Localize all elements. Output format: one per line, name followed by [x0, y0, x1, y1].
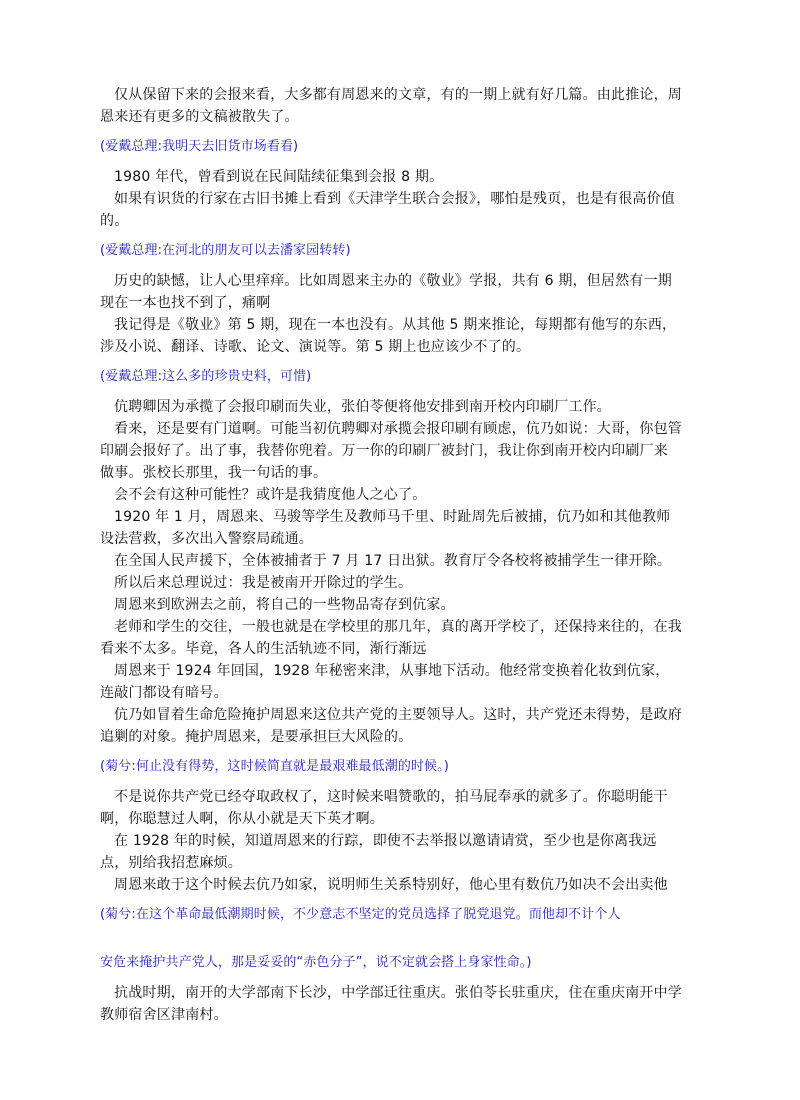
paragraph: 如果有识货的行家在古旧书摊上看到《天津学生联合会报》，哪怕是残页，也是有很高价值…	[100, 188, 682, 232]
reader-comment: (菊兮:何止没有得势，这时候简直就是最艰难最低潮的时候。)	[100, 756, 682, 778]
paragraph: 1920 年 1 月，周恩来、马骏等学生及教师马千里、时趾周先后被捕，伉乃如和其…	[100, 506, 682, 550]
paragraph: 不是说你共产党已经夺取政权了，这时候来唱赞歌的，拍马屁奉承的就多了。你聪明能干啊…	[100, 786, 682, 830]
paragraph: 所以后来总理说过：我是被南开开除过的学生。	[100, 572, 682, 594]
paragraph: 仅从保留下来的会报来看，大多都有周恩来的文章，有的一期上就有好几篇。由此推论，周…	[100, 84, 682, 128]
reader-comment: (爱戴总理:在河北的朋友可以去潘家园转转)	[100, 240, 682, 262]
reader-comment: (菊兮:在这个革命最低潮期时候，不少意志不坚定的党员选择了脱党退党。而他却不计个…	[100, 904, 682, 926]
paragraph: 1980 年代，曾看到说在民间陆续征集到会报 8 期。	[100, 166, 682, 188]
paragraph: 看来，还是要有门道啊。可能当初伉聘卿对承揽会报印刷有顾虑，伉乃如说：大哥，你包管…	[100, 418, 682, 484]
paragraph: 会不会有这种可能性？或许是我猜度他人之心了。	[100, 484, 682, 506]
paragraph: 周恩来敢于这个时候去伉乃如家，说明师生关系特别好，他心里有数伉乃如决不会出卖他	[100, 874, 682, 896]
paragraph: 历史的缺憾，让人心里痒痒。比如周恩来主办的《敬业》学报，共有 6 期，但居然有一…	[100, 270, 682, 314]
reader-comment: (爱戴总理:这么多的珍贵史料，可惜)	[100, 366, 682, 388]
paragraph: 抗战时期，南开的大学部南下长沙，中学部迁往重庆。张伯苓长驻重庆，住在重庆南开中学…	[100, 982, 682, 1026]
paragraph: 周恩来于 1924 年回国，1928 年秘密来津，从事地下活动。他经常变换着化妆…	[100, 660, 682, 704]
paragraph: 我记得是《敬业》第 5 期，现在一本也没有。从其他 5 期来推论，每期都有他写的…	[100, 314, 682, 358]
paragraph: 伉乃如冒着生命危险掩护周恩来这位共产党的主要领导人。这时，共产党还未得势，是政府…	[100, 704, 682, 748]
paragraph: 周恩来到欧洲去之前，将自己的一些物品寄存到伉家。	[100, 594, 682, 616]
paragraph: 在全国人民声援下，全体被捕者于 7 月 17 日出狱。教育厅令各校将被捕学生一律…	[100, 550, 682, 572]
reader-comment-continued: 安危来掩护共产党人，那是妥妥的“赤色分子”，说不定就会搭上身家性命。)	[100, 952, 682, 974]
reader-comment: (爱戴总理:我明天去旧货市场看看)	[100, 136, 682, 158]
paragraph: 老师和学生的交往，一般也就是在学校里的那几年，真的离开学校了，还保持来往的，在我…	[100, 616, 682, 660]
document-page: 仅从保留下来的会报来看，大多都有周恩来的文章，有的一期上就有好几篇。由此推论，周…	[100, 84, 682, 1026]
paragraph: 伉聘卿因为承揽了会报印刷而失业，张伯苓便将他安排到南开校内印刷厂工作。	[100, 396, 682, 418]
paragraph: 在 1928 年的时候，知道周恩来的行踪，即使不去举报以邀请请赏，至少也是你离我…	[100, 830, 682, 874]
